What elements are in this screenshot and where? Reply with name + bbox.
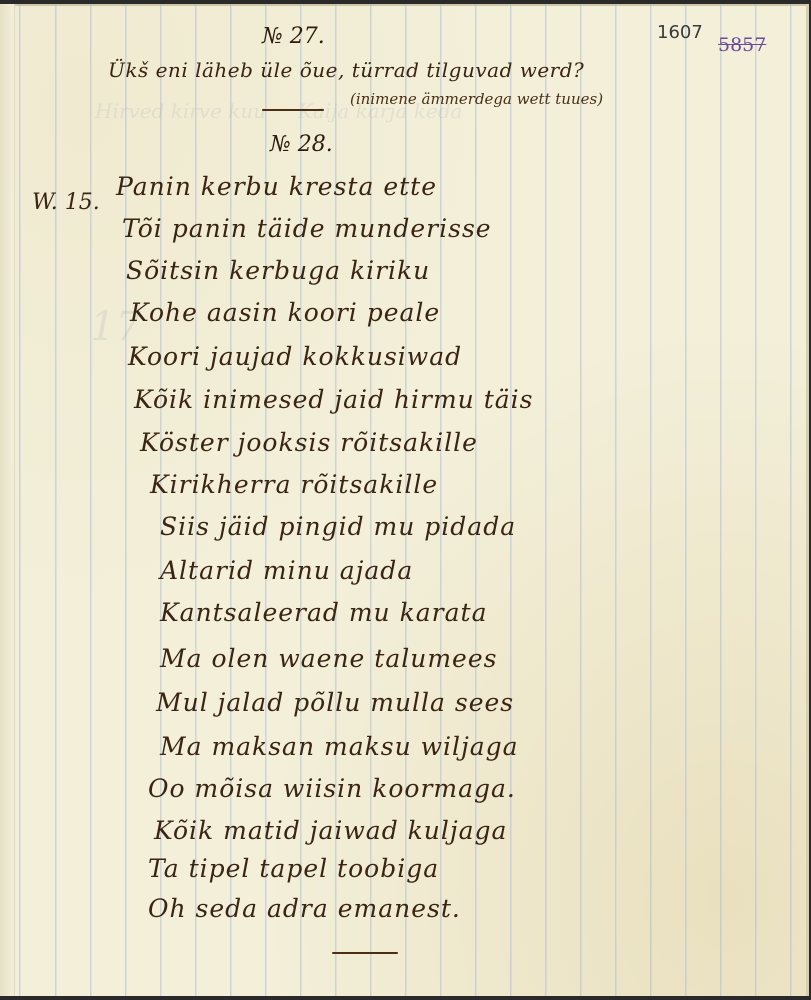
- verse-line: Kantsaleerad mu karata: [160, 598, 487, 627]
- end-separator-dash: [332, 952, 398, 954]
- verse-line: Kirikherra rõitsakille: [150, 470, 438, 499]
- verse-line: Koori jaujad kokkusiwad: [128, 342, 462, 371]
- archive-old-number-struck: 5857: [718, 34, 766, 56]
- verse-line: Ma olen waene talumees: [160, 644, 497, 673]
- verse-line: Panin kerbu kresta ette: [116, 172, 437, 201]
- verse-line: Kõik matid jaiwad kuljaga: [154, 816, 507, 845]
- entry-28-margin-note: W. 15.: [32, 190, 100, 215]
- verse-line: Oh seda adra emanest.: [148, 894, 461, 923]
- verse-line: Altarid minu ajada: [160, 556, 413, 585]
- verse-line: Mul jalad põllu mulla sees: [156, 688, 514, 717]
- entry-27-answer: (inimene ämmerdega wett tuues): [350, 90, 603, 108]
- separator-dash: [262, 109, 324, 111]
- ruled-lines: [0, 4, 806, 996]
- verse-line: Siis jäid pingid mu pidada: [160, 512, 516, 541]
- verse-line: Kohe aasin koori peale: [130, 298, 440, 327]
- manuscript-page: Hirved kirve kuu Kaija karja keda 17 160…: [0, 4, 809, 996]
- verse-line: Oo mõisa wiisin koormaga.: [148, 774, 516, 803]
- entry-27-heading: № 27.: [262, 24, 325, 49]
- verse-line: Kõik inimesed jaid hirmu täis: [134, 385, 534, 414]
- verse-line: Tõi panin täide munderisse: [122, 214, 492, 243]
- page-binding-edge: [0, 4, 15, 996]
- entry-27-riddle: Ükš eni läheb üle õue, türrad tilguvad w…: [108, 58, 584, 82]
- verse-line: Ta tipel tapel toobiga: [148, 854, 439, 883]
- entry-28-heading: № 28.: [270, 132, 333, 157]
- verse-line: Köster jooksis rõitsakille: [140, 428, 478, 457]
- verse-line: Sõitsin kerbuga kiriku: [126, 256, 430, 285]
- archive-page-number: 1607: [657, 22, 703, 43]
- verse-line: Ma maksan maksu wiljaga: [160, 732, 519, 761]
